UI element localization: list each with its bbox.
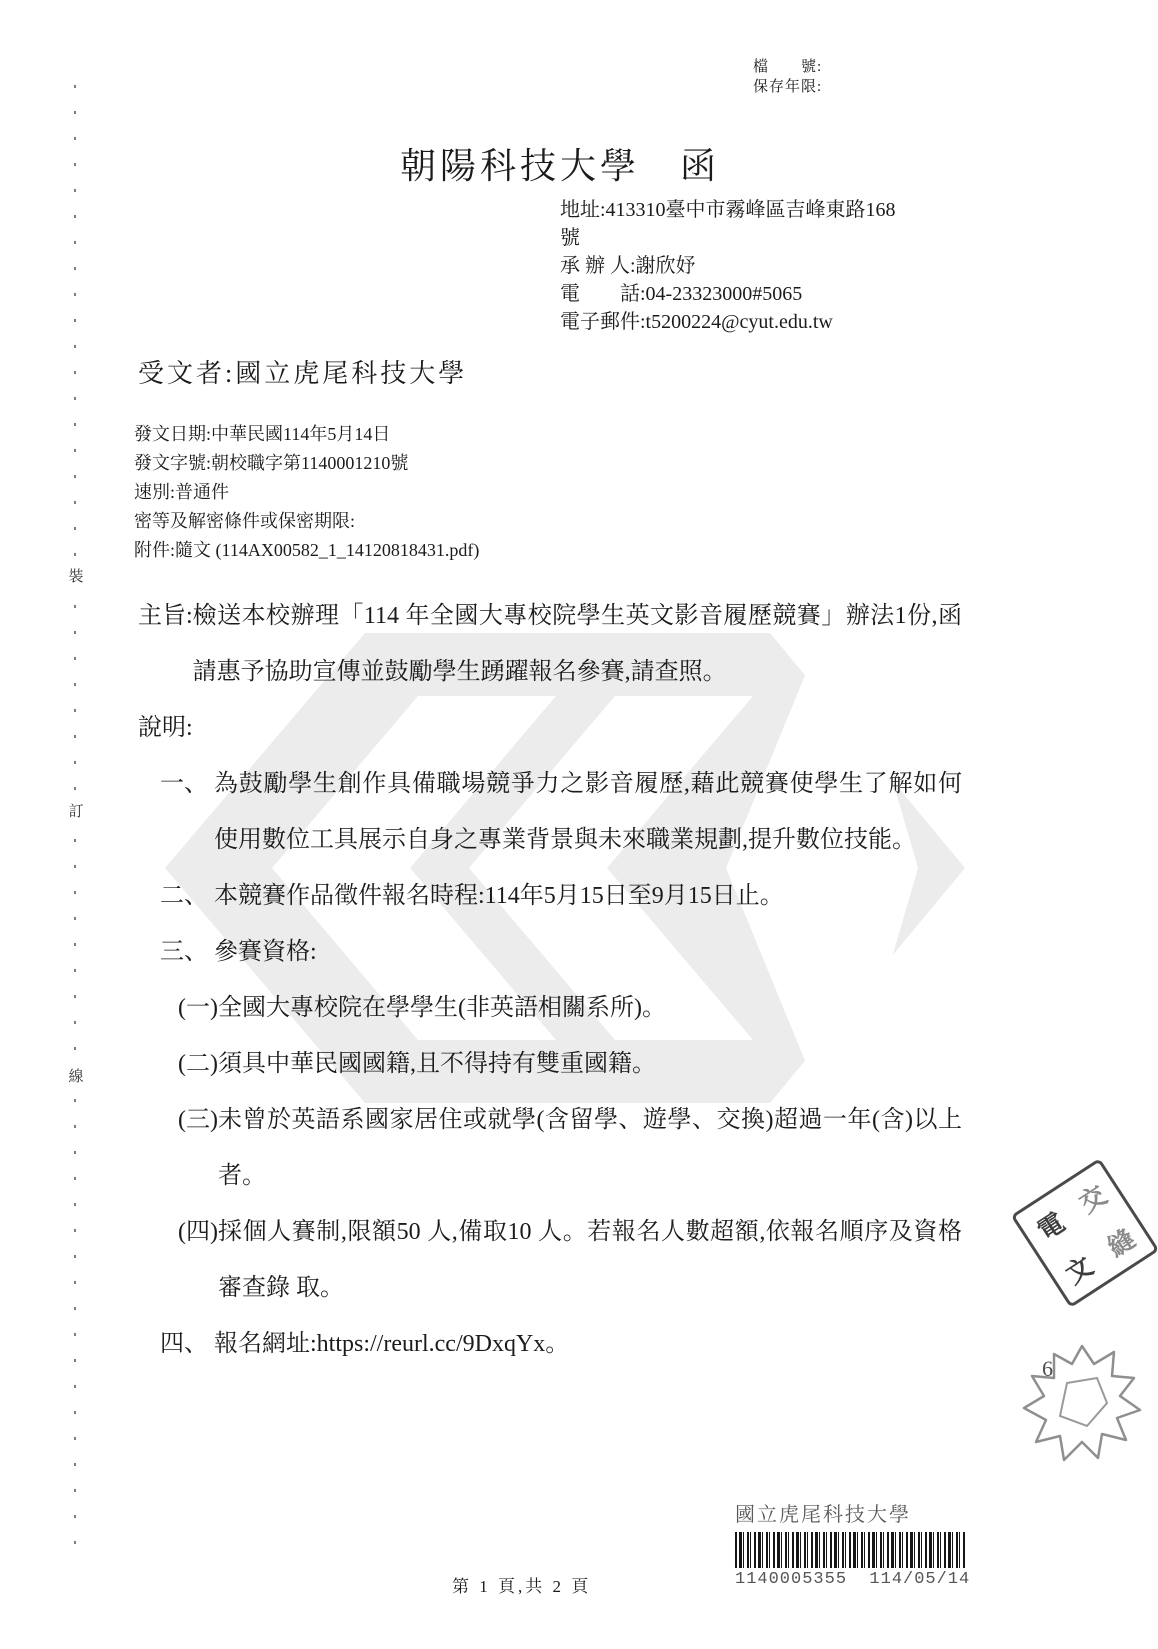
list-item-text: 本競賽作品徵件報名時程:114年5月15日至9月15日止。 xyxy=(214,868,962,924)
sub-list-item-2: (二) 須具中華民國國籍,且不得持有雙重國籍。 xyxy=(178,1036,962,1092)
meta-classification: 密等及解密條件或保密期限: xyxy=(134,507,479,536)
sender-info-block: 地址:413310臺中市霧峰區吉峰東路168 號 承 辦 人:謝欣妤 電 話:0… xyxy=(560,196,970,336)
seam-stamp-char: 縫 xyxy=(1099,1219,1141,1264)
sender-phone: 電 話:04-23323000#5065 xyxy=(560,280,970,308)
sender-contact-person: 承 辦 人:謝欣妤 xyxy=(560,252,970,280)
sender-address-line2: 號 xyxy=(560,224,970,252)
list-item-text: 參賽資格: xyxy=(214,924,962,980)
document-page: 檔 號: 保存年限: 朝陽科技大學 函 地址:413310臺中市霧峰區吉峰東路1… xyxy=(0,0,1158,1649)
list-item-text: 報名網址:https://reurl.cc/9DxqYx。 xyxy=(214,1316,962,1372)
list-item-3: 三、 參賽資格: xyxy=(160,924,962,980)
list-item-number: 一、 xyxy=(160,756,214,868)
retention-label: 保存年限: xyxy=(753,77,822,97)
page-number-footer: 第 1 頁,共 2 頁 xyxy=(452,1572,591,1597)
meta-issue-date: 發文日期:中華民國114年5月14日 xyxy=(134,420,479,449)
binding-mark-xian: 線 xyxy=(66,1065,86,1086)
sub-item-text: 採個人賽制,限額50 人,備取10 人。若報名人數超額,依報名順序及資格審查錄 … xyxy=(218,1204,962,1316)
recipient-line: 受文者:國立虎尾科技大學 xyxy=(138,353,467,390)
description-row: 說明: xyxy=(138,700,962,756)
binding-mark-zhuang: 裝 xyxy=(66,565,86,586)
list-item-2: 二、 本競賽作品徵件報名時程:114年5月15日至9月15日止。 xyxy=(160,868,962,924)
subject-label: 主旨: xyxy=(138,588,193,700)
description-label: 說明: xyxy=(138,700,193,756)
recipient-barcode-block: 國立虎尾科技大學 1140005355 114/05/14 xyxy=(735,1498,970,1589)
meta-attachment: 附件:隨文 (114AX00582_1_14120818431.pdf) xyxy=(134,536,479,565)
barcode xyxy=(735,1532,967,1568)
sender-email: 電子郵件:t5200224@cyut.edu.tw xyxy=(560,308,970,336)
sub-list-item-1: (一) 全國大專校院在學學生(非英語相關系所)。 xyxy=(178,980,962,1036)
barcode-number: 1140005355 114/05/14 xyxy=(735,1570,970,1589)
seam-stamp: 電 交 文 縫 xyxy=(1011,1158,1158,1308)
file-number-block: 檔 號: 保存年限: xyxy=(753,57,822,97)
corner-number: 6 xyxy=(1042,1356,1053,1382)
meta-block: 發文日期:中華民國114年5月14日 發文字號:朝校職字第1140001210號… xyxy=(134,420,479,565)
meta-speed: 速別:普通件 xyxy=(134,478,479,507)
list-item-number: 二、 xyxy=(160,868,214,924)
subject-text: 檢送本校辦理「114 年全國大專校院學生英文影音履歷競賽」辦法1份,函請惠予協助… xyxy=(193,588,962,700)
letter-body: 主旨: 檢送本校辦理「114 年全國大專校院學生英文影音履歷競賽」辦法1份,函請… xyxy=(138,588,962,1372)
seam-stamp-char: 文 xyxy=(1057,1246,1099,1291)
list-item-number: 四、 xyxy=(160,1316,214,1372)
binding-mark-ding: 訂 xyxy=(66,800,86,821)
sub-item-number: (一) xyxy=(178,980,218,1036)
file-number-label: 檔 號: xyxy=(753,57,822,77)
sub-item-number: (四) xyxy=(178,1204,218,1316)
binding-dotted-line xyxy=(74,85,76,1563)
sub-item-number: (二) xyxy=(178,1036,218,1092)
barcode-label: 國立虎尾科技大學 xyxy=(735,1498,970,1527)
sub-item-number: (三) xyxy=(178,1092,218,1204)
list-item-text: 為鼓勵學生創作具備職場競爭力之影音履歷,藉此競賽使學生了解如何使用數位工具展示自… xyxy=(214,756,962,868)
sub-item-text: 未曾於英語系國家居住或就學(含留學、遊學、交換)超過一年(含)以上者。 xyxy=(218,1092,962,1204)
sub-item-text: 須具中華民國國籍,且不得持有雙重國籍。 xyxy=(218,1036,962,1092)
sub-list-item-3: (三) 未曾於英語系國家居住或就學(含留學、遊學、交換)超過一年(含)以上者。 xyxy=(178,1092,962,1204)
flower-ink-stamp-icon xyxy=(1022,1338,1142,1468)
doc-title: 朝陽科技大學 函 xyxy=(0,138,1120,189)
sub-list-item-4: (四) 採個人賽制,限額50 人,備取10 人。若報名人數超額,依報名順序及資格… xyxy=(178,1204,962,1316)
meta-doc-number: 發文字號:朝校職字第1140001210號 xyxy=(134,449,479,478)
sender-address-line1: 地址:413310臺中市霧峰區吉峰東路168 xyxy=(560,196,970,224)
list-item-1: 一、 為鼓勵學生創作具備職場競爭力之影音履歷,藉此競賽使學生了解如何使用數位工具… xyxy=(160,756,962,868)
list-item-4: 四、 報名網址:https://reurl.cc/9DxqYx。 xyxy=(160,1316,962,1372)
subject-row: 主旨: 檢送本校辦理「114 年全國大專校院學生英文影音履歷競賽」辦法1份,函請… xyxy=(138,588,962,700)
seam-stamp-char: 交 xyxy=(1071,1175,1113,1220)
seam-stamp-char: 電 xyxy=(1029,1202,1071,1247)
sub-item-text: 全國大專校院在學學生(非英語相關系所)。 xyxy=(218,980,962,1036)
list-item-number: 三、 xyxy=(160,924,214,980)
